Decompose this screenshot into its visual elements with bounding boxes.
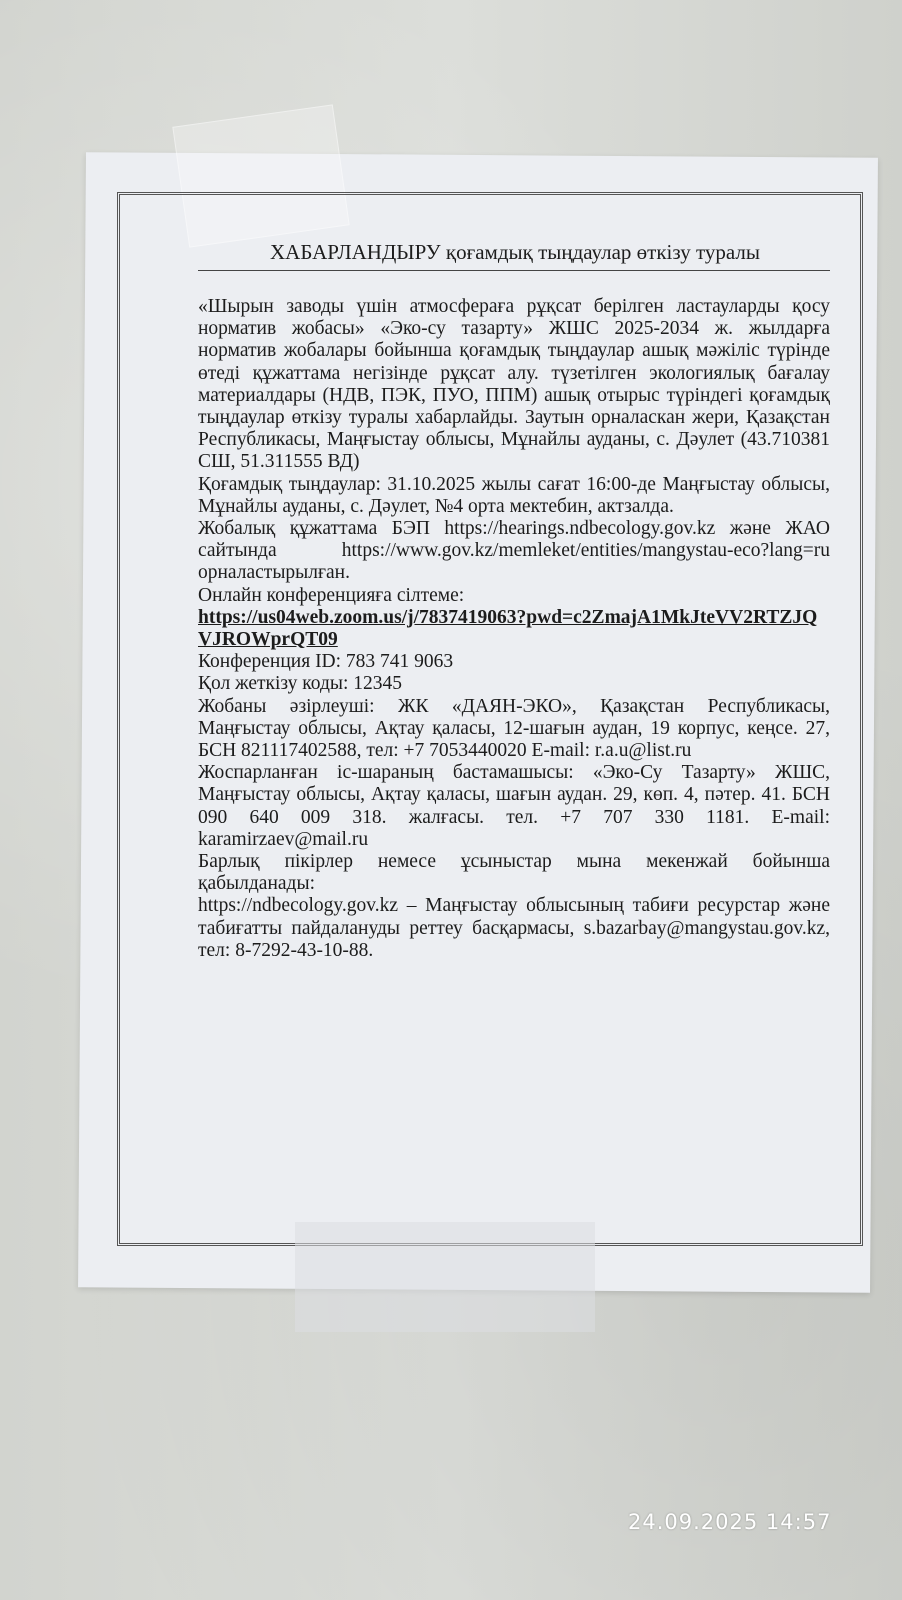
zoom-link[interactable]: https://us04web.zoom.us/j/7837419063?pwd… <box>198 607 830 651</box>
initiator-info: Жоспарланған іс-шараның бастамашысы: «Эк… <box>198 762 830 851</box>
conference-id: Конференция ID: 783 741 9063 <box>198 651 830 673</box>
comments-intro: Барлық пікірлер немесе ұсыныстар мына ме… <box>198 851 830 895</box>
developer-info: Жобаны әзірлеуші: ЖК «ДАЯН-ЭКО», Қазақст… <box>198 696 830 763</box>
title-divider <box>198 270 830 271</box>
gov-link[interactable]: https://www.gov.kz/memleket/entities/man… <box>342 540 830 561</box>
notice-title: ХАБАРЛАНДЫРУ қоғамдық тыңдаулар өткізу т… <box>200 240 830 265</box>
comments-address: https://ndbecology.gov.kz – Маңғыстау об… <box>198 895 830 962</box>
hearings-link[interactable]: https://hearings.ndbecology.gov.kz <box>444 518 715 539</box>
hearing-date-paragraph: Қоғамдық тыңдаулар: 31.10.2025 жылы саға… <box>198 474 830 518</box>
intro-paragraph: «Шырын заводы үшін атмосфераға рұқсат бе… <box>198 296 830 474</box>
access-code: Қол жеткізу коды: 12345 <box>198 673 830 695</box>
notice-body: «Шырын заводы үшін атмосфераға рұқсат бе… <box>198 296 830 962</box>
documents-paragraph: Жобалық құжаттама БЭП https://hearings.n… <box>198 518 830 585</box>
notice-title-rest: қоғамдық тыңдаулар өткізу туралы <box>441 240 760 264</box>
documents-prefix: Жобалық құжаттама БЭП <box>198 518 444 539</box>
adhesive-tape-bottom <box>295 1222 595 1332</box>
photo-timestamp: 24.09.2025 14:57 <box>628 1510 831 1534</box>
documents-suffix: орналастырылған. <box>198 562 350 583</box>
notice-title-caps: ХАБАРЛАНДЫРУ <box>270 240 441 264</box>
online-conference-label: Онлайн конференцияға сілтеме: <box>198 585 830 607</box>
